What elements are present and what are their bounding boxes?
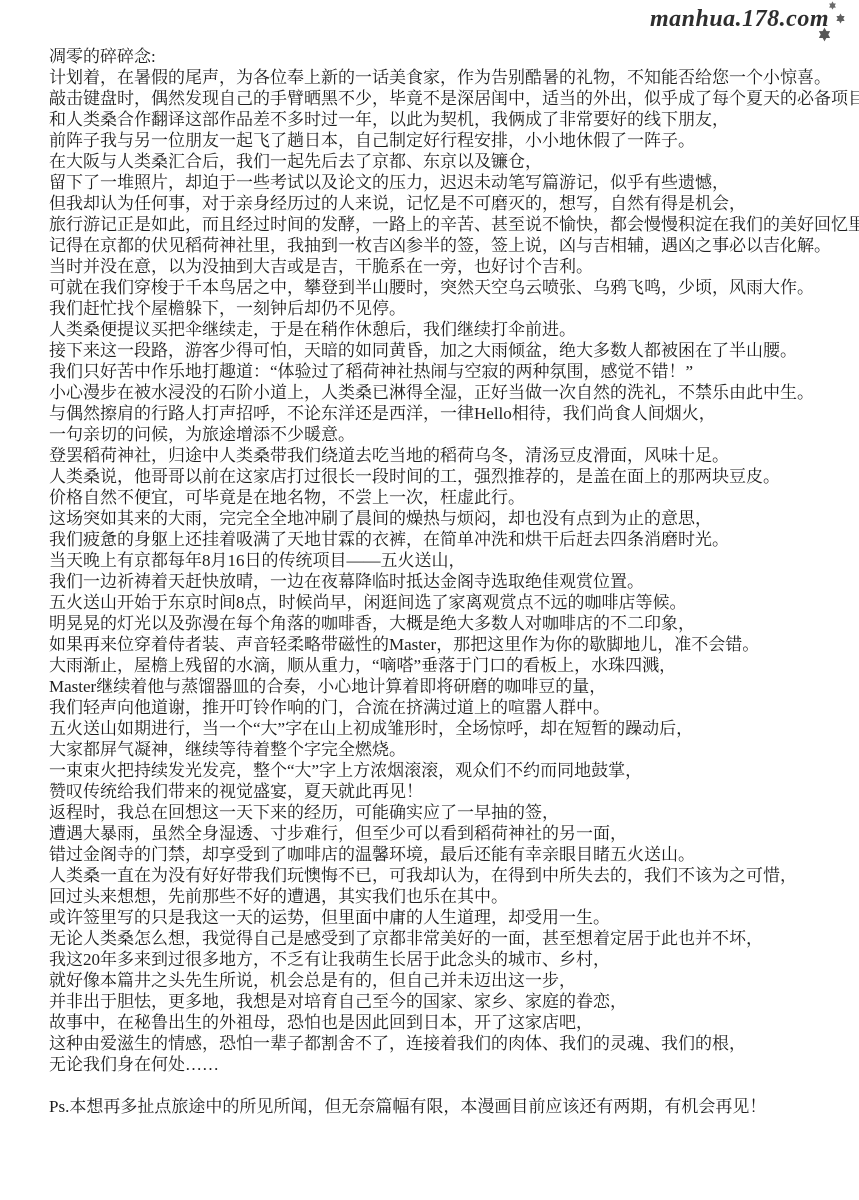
text-line: 当天晚上有京都每年8月16日的传统项目——五火送山， — [49, 550, 849, 571]
text-line: 前阵子我与另一位朋友一起飞了趟日本，自己制定好行程安排，小小地休假了一阵子。 — [49, 130, 849, 151]
text-line: 接下来这一段路，游客少得可怕，天暗的如同黄昏，加之大雨倾盆，绝大多数人都被困在了… — [49, 340, 849, 361]
text-line: 遭遇大暴雨，虽然全身湿透、寸步难行，但至少可以看到稻荷神社的另一面， — [49, 823, 849, 844]
sparkle-icon — [817, 27, 832, 42]
text-line: 在大阪与人类桑汇合后，我们一起先后去了京都、东京以及镰仓， — [49, 151, 849, 172]
postscript-line: Ps.本想再多扯点旅途中的所见所闻，但无奈篇幅有限，本漫画目前应该还有两期，有机… — [49, 1096, 849, 1117]
text-line: 我们轻声向他道谢，推开叮铃作响的门，合流在挤满过道上的喧嚣人群中。 — [49, 697, 849, 718]
text-line: 一句亲切的问候，为旅途增添不少暖意。 — [49, 424, 849, 445]
text-line: 价格自然不便宜，可毕竟是在地名物，不尝上一次，枉虚此行。 — [49, 487, 849, 508]
text-line: 或许签里写的只是我这一天的运势，但里面中庸的人生道理，却受用一生。 — [49, 907, 849, 928]
text-line: 如果再来位穿着侍者装、声音轻柔略带磁性的Master，那把这里作为你的歇脚地儿，… — [49, 634, 849, 655]
text-line: 小心漫步在被水浸没的石阶小道上，人类桑已淋得全湿，正好当做一次自然的洗礼，不禁乐… — [49, 382, 849, 403]
text-line: 人类桑说，他哥哥以前在这家店打过很长一段时间的工，强烈推荐的，是盖在面上的那两块… — [49, 466, 849, 487]
sparkle-icon — [828, 1, 837, 10]
text-line: 五火送山如期进行，当一个“大”字在山上初成雏形时，全场惊呼，却在短暂的躁动后， — [49, 718, 849, 739]
text-line: 无论人类桑怎么想，我觉得自己是感受到了京都非常美好的一面，甚至想着定居于此也并不… — [49, 928, 849, 949]
text-line: 故事中，在秘鲁出生的外祖母，恐怕也是因此回到日本，开了这家店吧， — [49, 1012, 849, 1033]
text-line: 旅行游记正是如此，而且经过时间的发酵，一路上的辛苦、甚至说不愉快，都会慢慢积淀在… — [49, 214, 849, 235]
text-line: 登罢稻荷神社，归途中人类桑带我们绕道去吃当地的稻荷乌冬，清汤豆皮滑面，风味十足。 — [49, 445, 849, 466]
text-line: 我们赶忙找个屋檐躲下，一刻钟后却仍不见停。 — [49, 298, 849, 319]
text-line: 返程时，我总在回想这一天下来的经历，可能确实应了一早抽的签， — [49, 802, 849, 823]
sparkle-icon — [835, 13, 846, 24]
text-line: 我这20年多来到过很多地方，不乏有让我萌生长居于此念头的城市、乡村， — [49, 949, 849, 970]
afterword-lines: 计划着，在暑假的尾声，为各位奉上新的一话美食家，作为告别酷暑的礼物，不知能否给您… — [49, 67, 849, 1075]
text-line: 无论我们身在何处…… — [49, 1054, 849, 1075]
text-line: 人类桑便提议买把伞继续走，于是在稍作休憩后，我们继续打伞前进。 — [49, 319, 849, 340]
text-line: 赞叹传统给我们带来的视觉盛宴，夏天就此再见！ — [49, 781, 849, 802]
blank-line — [49, 1075, 849, 1096]
text-line: 记得在京都的伏见稻荷神社里，我抽到一枚吉凶参半的签，签上说，凶与吉相辅，遇凶之事… — [49, 235, 849, 256]
watermark: manhua.178.com — [650, 6, 829, 44]
watermark-text: manhua.178.com — [650, 6, 829, 32]
text-line: 错过金阁寺的门禁，却享受到了咖啡店的温馨环境，最后还能有幸亲眼目睹五火送山。 — [49, 844, 849, 865]
text-line: 我们疲惫的身躯上还挂着吸满了天地甘霖的衣裤，在简单冲洗和烘干后赶去四条消磨时光。 — [49, 529, 849, 550]
text-line: 与偶然擦肩的行路人打声招呼，不论东洋还是西洋，一律Hello相待，我们尚食人间烟… — [49, 403, 849, 424]
text-line: 和人类桑合作翻译这部作品差不多时过一年，以此为契机，我俩成了非常要好的线下朋友， — [49, 109, 849, 130]
text-line: 人类桑一直在为没有好好带我们玩懊悔不已，可我却认为，在得到中所失去的，我们不该为… — [49, 865, 849, 886]
text-line: 这种由爱滋生的情感，恐怕一辈子都割舍不了，连接着我们的肉体、我们的灵魂、我们的根… — [49, 1033, 849, 1054]
text-line: 回过头来想想，先前那些不好的遭遇，其实我们也乐在其中。 — [49, 886, 849, 907]
text-line: 计划着，在暑假的尾声，为各位奉上新的一话美食家，作为告别酷暑的礼物，不知能否给您… — [49, 67, 849, 88]
text-line: 一束束火把持续发光发亮，整个“大”字上方浓烟滚滚，观众们不约而同地鼓掌， — [49, 760, 849, 781]
text-line: 这场突如其来的大雨，完完全全地冲刷了晨间的燥热与烦闷，却也没有点到为止的意思， — [49, 508, 849, 529]
text-line: 当时并没在意，以为没抽到大吉或是吉，干脆系在一旁，也好讨个吉利。 — [49, 256, 849, 277]
text-line: 我们一边祈祷着天赶快放晴，一边在夜幕降临时抵达金阁寺选取绝佳观赏位置。 — [49, 571, 849, 592]
text-line: 并非出于胆怯，更多地，我想是对培育自己至今的国家、家乡、家庭的眷恋， — [49, 991, 849, 1012]
text-line: 我们只好苦中作乐地打趣道：“体验过了稻荷神社热闹与空寂的两种氛围，感觉不错！” — [49, 361, 849, 382]
text-line: 留下了一堆照片，却迫于一些考试以及论文的压力，迟迟未动笔写篇游记，似乎有些遗憾， — [49, 172, 849, 193]
afterword-title: 凋零的碎碎念: — [49, 46, 849, 67]
afterword-text: 凋零的碎碎念: 计划着，在暑假的尾声，为各位奉上新的一话美食家，作为告别酷暑的礼… — [49, 46, 849, 1117]
text-line: 五火送山开始于东京时间8点，时候尚早，闲逛间选了家离观赏点不远的咖啡店等候。 — [49, 592, 849, 613]
afterword-page: manhua.178.com 凋零的碎碎念: 计划着，在暑假的尾声，为各位奉上新… — [0, 0, 859, 1200]
text-line: 可就在我们穿梭于千本鸟居之中，攀登到半山腰时，突然天空乌云喷张、乌鸦飞鸣，少顷，… — [49, 277, 849, 298]
text-line: 大雨渐止，屋檐上残留的水滴，顺从重力，“嘀嗒”垂落于门口的看板上，水珠四溅， — [49, 655, 849, 676]
text-line: 就好像本篇井之头先生所说，机会总是有的，但自己并未迈出这一步， — [49, 970, 849, 991]
text-line: 明晃晃的灯光以及弥漫在每个角落的咖啡香，大概是绝大多数人对咖啡店的不二印象， — [49, 613, 849, 634]
text-line: 但我却认为任何事，对于亲身经历过的人来说，记忆是不可磨灭的，想写，自然有得是机会… — [49, 193, 849, 214]
text-line: 大家都屏气凝神，继续等待着整个字完全燃烧。 — [49, 739, 849, 760]
text-line: 敲击键盘时，偶然发现自己的手臂晒黑不少，毕竟不是深居闺中，适当的外出，似乎成了每… — [49, 88, 849, 109]
text-line: Master继续着他与蒸馏器皿的合奏，小心地计算着即将研磨的咖啡豆的量， — [49, 676, 849, 697]
